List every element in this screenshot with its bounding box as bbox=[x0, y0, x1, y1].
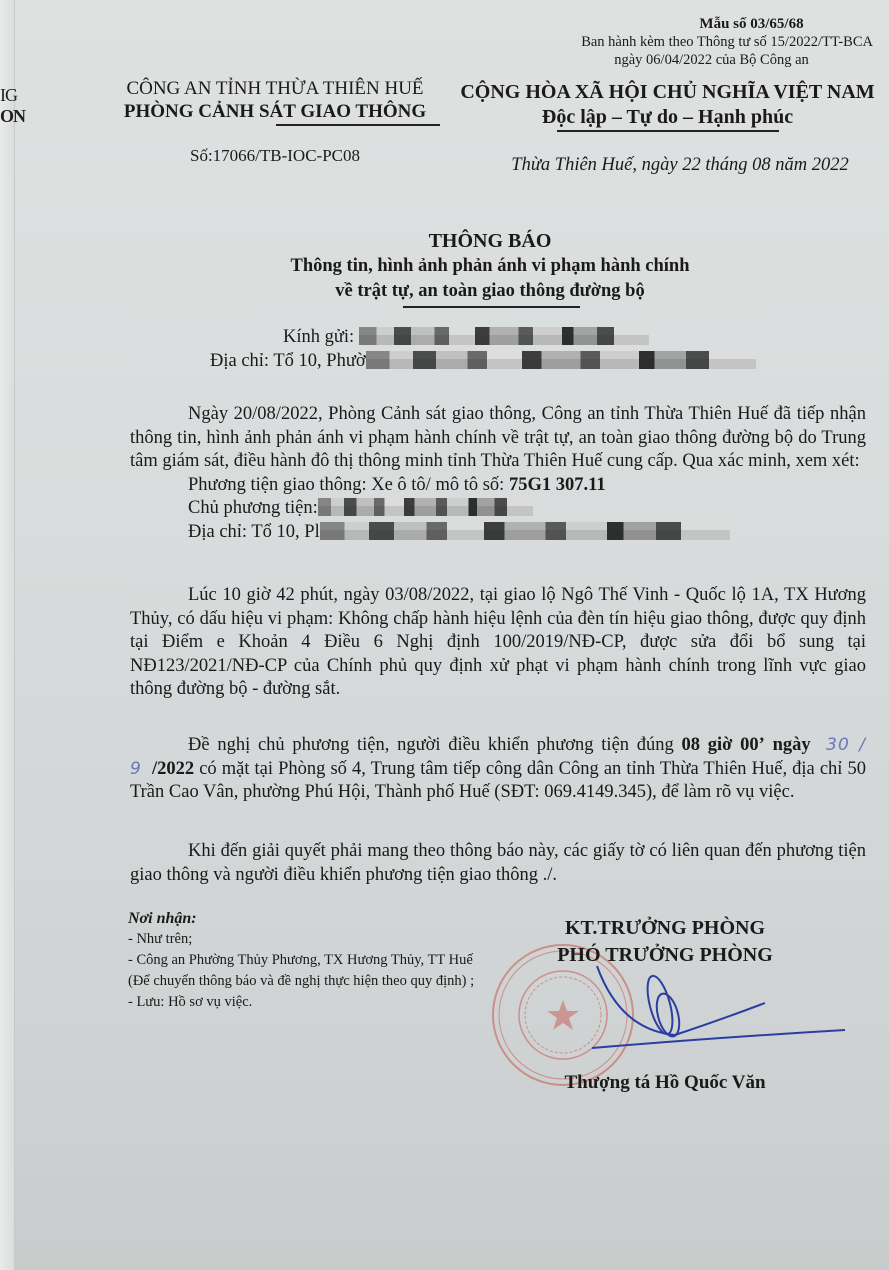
appointment-day-label: ngày bbox=[773, 735, 811, 755]
license-plate: 75G1 307.11 bbox=[509, 475, 606, 495]
adjacent-page-text: ON bbox=[0, 106, 25, 127]
form-issued-date: ngày 06/04/2022 của Bộ Công an bbox=[540, 51, 873, 69]
redacted-owner-address bbox=[320, 522, 730, 540]
paragraph-3-text: Đề nghị chủ phương tiện, người điều khiể… bbox=[188, 735, 682, 755]
signer-authority: KT.TRƯỞNG PHÒNG bbox=[500, 915, 830, 942]
vehicle-label: Phương tiện giao thông: Xe ô tô/ mô tô s… bbox=[188, 475, 509, 495]
recipient-item: - Như trên; bbox=[128, 929, 483, 950]
owner-label: Chủ phương tiện: bbox=[188, 498, 318, 518]
redacted-owner bbox=[318, 498, 533, 516]
agency-header: CÔNG AN TỈNH THỪA THIÊN HUẾ PHÒNG CẢNH S… bbox=[105, 78, 445, 166]
recipient-label: Kính gửi: bbox=[283, 327, 359, 347]
paragraph-2: Lúc 10 giờ 42 phút, ngày 03/08/2022, tại… bbox=[130, 584, 866, 702]
form-reference: Mẫu số 03/65/68 Ban hành kèm theo Thông … bbox=[540, 16, 873, 69]
national-header: CỘNG HÒA XÃ HỘI CHỦ NGHĨA VIỆT NAM Độc l… bbox=[455, 80, 880, 132]
title-subtitle-1: Thông tin, hình ảnh phản ánh vi phạm hàn… bbox=[180, 254, 800, 279]
agency-department: PHÒNG CẢNH SÁT GIAO THÔNG bbox=[105, 100, 445, 124]
redacted-name bbox=[359, 327, 649, 345]
owner-line: Chủ phương tiện: bbox=[130, 497, 866, 521]
divider bbox=[403, 306, 580, 308]
agency-parent: CÔNG AN TỈNH THỪA THIÊN HUẾ bbox=[105, 78, 445, 100]
redacted-address bbox=[366, 351, 756, 369]
owner-address-label: Địa chỉ: Tổ 10, Pl bbox=[188, 522, 320, 542]
title-main: THÔNG BÁO bbox=[180, 228, 800, 254]
form-issued-with: Ban hành kèm theo Thông tư số 15/2022/TT… bbox=[540, 33, 873, 51]
paragraph-4: Khi đến giải quyết phải mang theo thông … bbox=[130, 840, 866, 887]
paragraph-3: Đề nghị chủ phương tiện, người điều khiể… bbox=[130, 734, 866, 805]
signature-icon bbox=[560, 960, 860, 1060]
recipients-heading: Nơi nhận: bbox=[128, 908, 483, 929]
paragraph-3-text-cont: có mặt tại Phòng số 4, Trung tâm tiếp cô… bbox=[130, 759, 866, 803]
recipient-address-label: Địa chỉ: Tổ 10, Phườ bbox=[210, 351, 366, 371]
signature-block: KT.TRƯỞNG PHÒNG PHÓ TRƯỞNG PHÒNG Thượng … bbox=[500, 915, 830, 969]
recipients-list: Nơi nhận: - Như trên; - Công an Phường T… bbox=[128, 908, 483, 1013]
divider bbox=[557, 130, 779, 132]
adjacent-page-edge bbox=[0, 0, 15, 1270]
appointment-year: /2022 bbox=[152, 759, 194, 779]
place-date: Thừa Thiên Huế, ngày 22 tháng 08 năm 202… bbox=[480, 155, 880, 176]
recipient-item: - Công an Phường Thủy Phương, TX Hương T… bbox=[128, 950, 483, 992]
national-motto: Độc lập – Tự do – Hạnh phúc bbox=[455, 104, 880, 130]
country-name: CỘNG HÒA XÃ HỘI CHỦ NGHĨA VIỆT NAM bbox=[455, 80, 880, 104]
adjacent-page-text: IG bbox=[0, 85, 17, 106]
title-subtitle-2: về trật tự, an toàn giao thông đường bộ bbox=[180, 279, 800, 304]
recipient-block: Kính gửi: Địa chỉ: Tổ 10, Phườ bbox=[210, 325, 756, 373]
vehicle-line: Phương tiện giao thông: Xe ô tô/ mô tô s… bbox=[130, 474, 866, 498]
divider bbox=[276, 124, 440, 126]
document-title: THÔNG BÁO Thông tin, hình ảnh phản ánh v… bbox=[180, 228, 800, 308]
recipient-item: - Lưu: Hồ sơ vụ việc. bbox=[128, 992, 483, 1013]
document-number: Số:17066/TB-IOC-PC08 bbox=[105, 146, 445, 166]
form-number: Mẫu số 03/65/68 bbox=[540, 16, 873, 33]
signer-name: Thượng tá Hồ Quốc Văn bbox=[500, 1072, 830, 1094]
paragraph-intro: Ngày 20/08/2022, Phòng Cảnh sát giao thô… bbox=[130, 403, 866, 544]
signer-title: PHÓ TRƯỞNG PHÒNG bbox=[500, 942, 830, 969]
paragraph-1: Ngày 20/08/2022, Phòng Cảnh sát giao thô… bbox=[130, 403, 866, 474]
appointment-time: 08 giờ 00’ bbox=[682, 735, 765, 755]
owner-address-line: Địa chỉ: Tổ 10, Pl bbox=[130, 521, 866, 545]
